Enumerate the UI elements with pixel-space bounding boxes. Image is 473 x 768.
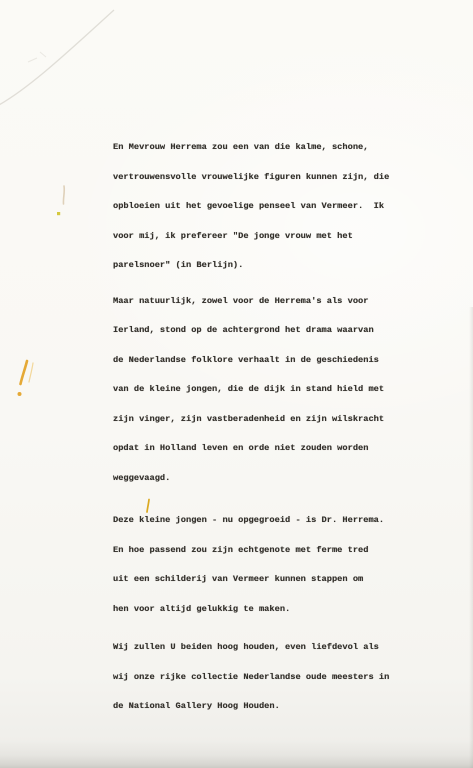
typed-line: Maar natuurlijk, zowel voor de Herrema's… xyxy=(113,287,389,317)
typed-line: de National Gallery Hoog Houden. xyxy=(113,692,389,722)
typed-line: zijn vinger, zijn vastberadenheid en zij… xyxy=(113,405,389,435)
typed-line: parelsnoer" (in Berlijn). xyxy=(113,251,389,281)
typed-line: vertrouwensvolle vrouwelijke figuren kun… xyxy=(113,163,389,193)
page-bottom-shadow xyxy=(0,740,473,768)
typed-line: hen voor altijd gelukkig te maken. xyxy=(113,595,389,625)
paragraph: Deze kleine jongen - nu opgegroeid - is … xyxy=(113,506,389,624)
typed-line: weggevaagd. xyxy=(113,464,389,494)
orange-exclamation-mark xyxy=(13,357,43,405)
paragraph: Wij zullen U beiden hoog houden, even li… xyxy=(113,633,389,722)
typed-line: En hoe passend zou zijn echtgenote met f… xyxy=(113,536,389,566)
typed-line: voor mij, ik prefereer "De jonge vrouw m… xyxy=(113,222,389,252)
typed-line: wij onze rijke collectie Nederlandse oud… xyxy=(113,663,389,693)
typed-line: Deze kleine jongen - nu opgegroeid - is … xyxy=(113,506,389,536)
paragraph: En Mevrouw Herrema zou een van die kalme… xyxy=(113,133,389,281)
typed-line: van de kleine jongen, die de dijk in sta… xyxy=(113,375,389,405)
typed-line: Wij zullen U beiden hoog houden, even li… xyxy=(113,633,389,663)
typed-line: Ierland, stond op de achtergrond het dra… xyxy=(113,316,389,346)
typed-line: En Mevrouw Herrema zou een van die kalme… xyxy=(113,133,389,163)
paper-crease xyxy=(0,0,135,120)
paper-right-edge-shade xyxy=(469,307,473,768)
typed-line: de Nederlandse folklore verhaalt in de g… xyxy=(113,346,389,376)
smudge-mark xyxy=(52,183,74,221)
typed-line: opbloeien uit het gevoelige penseel van … xyxy=(113,192,389,222)
typed-line: opdat in Holland leven en orde niet zoud… xyxy=(113,434,389,464)
letter-body: En Mevrouw Herrema zou een van die kalme… xyxy=(113,133,389,722)
typed-line: uit een schilderij van Vermeer kunnen st… xyxy=(113,565,389,595)
scanned-letter-page: En Mevrouw Herrema zou een van die kalme… xyxy=(0,0,473,768)
paragraph: Maar natuurlijk, zowel voor de Herrema's… xyxy=(113,287,389,494)
